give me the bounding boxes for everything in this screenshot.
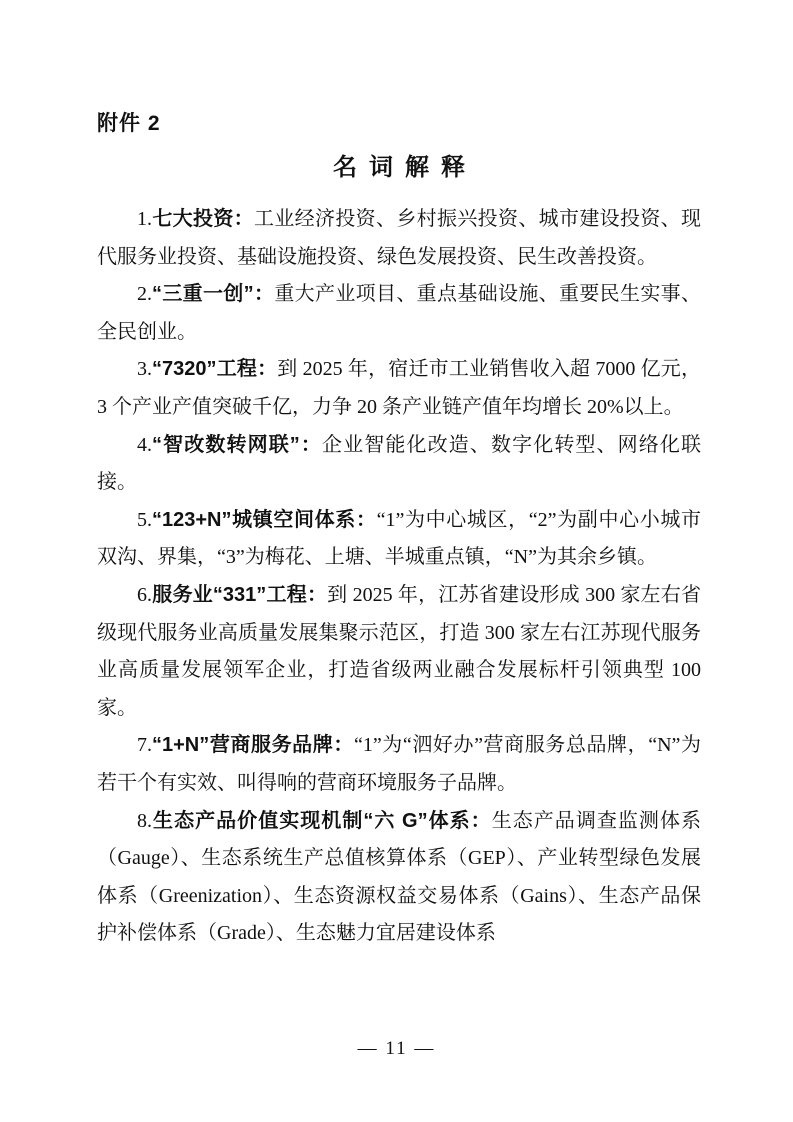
document-content: 附件 2 名词解释 1.七大投资：工业经济投资、乡村振兴投资、城市建设投资、现代… (0, 0, 793, 953)
term-item-5: 5.“123+N”城镇空间体系：“1”为中心城区，“2”为副中心小城市双沟、界集… (97, 502, 701, 577)
term-number: 8. (137, 810, 152, 832)
term-item-3: 3.“7320”工程：到 2025 年，宿迁市工业销售收入超 7000 亿元，3… (97, 351, 701, 426)
document-page: 附件 2 名词解释 1.七大投资：工业经济投资、乡村振兴投资、城市建设投资、现代… (0, 0, 793, 1122)
terms-list: 1.七大投资：工业经济投资、乡村振兴投资、城市建设投资、现代服务业投资、基础设施… (97, 201, 701, 953)
term-item-8: 8.生态产品价值实现机制“六 G”体系：生态产品调查监测体系（Gauge）、生态… (97, 803, 701, 953)
attachment-label: 附件 2 (97, 110, 701, 138)
term-number: 7. (137, 734, 152, 756)
page-number: — 11 — (0, 1038, 793, 1060)
term-label: 服务业“331”工程： (152, 584, 327, 606)
term-label: “1+N”营商服务品牌： (152, 734, 354, 756)
term-label: “三重一创”： (152, 283, 274, 305)
term-item-6: 6.服务业“331”工程：到 2025 年，江苏省建设形成 300 家左右省级现… (97, 577, 701, 727)
term-number: 4. (137, 434, 152, 456)
term-label: “智改数转网联”： (152, 434, 322, 456)
document-title: 名词解释 (97, 152, 701, 184)
term-number: 1. (137, 208, 152, 230)
term-label: 七大投资： (152, 208, 254, 230)
term-label: 生态产品价值实现机制“六 G”体系： (152, 810, 492, 832)
term-item-4: 4.“智改数转网联”：企业智能化改造、数字化转型、网络化联接。 (97, 427, 701, 502)
term-number: 3. (137, 358, 152, 380)
term-label: “123+N”城镇空间体系： (152, 509, 377, 531)
term-number: 2. (137, 283, 152, 305)
term-number: 5. (137, 509, 152, 531)
term-item-1: 1.七大投资：工业经济投资、乡村振兴投资、城市建设投资、现代服务业投资、基础设施… (97, 201, 701, 276)
term-label: “7320”工程： (152, 358, 277, 380)
term-item-2: 2.“三重一创”：重大产业项目、重点基础设施、重要民生实事、全民创业。 (97, 276, 701, 351)
term-number: 6. (137, 584, 152, 606)
term-item-7: 7.“1+N”营商服务品牌：“1”为“泗好办”营商服务总品牌，“N”为若干个有实… (97, 727, 701, 802)
